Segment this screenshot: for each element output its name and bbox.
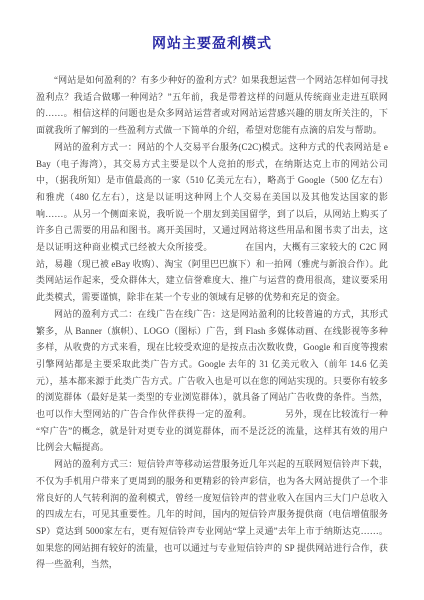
body-paragraph-intro: “网站是如何盈利的？有多少种好的盈利方式？如果我想运营一个网站怎样如何寻找盈利点… (36, 72, 388, 139)
body-paragraph-model-1-c2c: 网站的盈利方式一：网站的个人交易平台服务(C2C)模式。这种方式的代表网站是 e… (36, 139, 388, 306)
page-title: 网站主要盈利模式 (36, 33, 388, 53)
document-body: “网站是如何盈利的？有多少种好的盈利方式？如果我想运营一个网站怎样如何寻找盈利点… (36, 72, 388, 573)
body-paragraph-model-2-online-ads: 网站的盈利方式二：在线广告在线广告：这是网站盈利的比较普遍的方式，其形式繁多，从… (36, 306, 388, 456)
document-page: 网站主要盈利模式 “网站是如何盈利的？有多少种好的盈利方式？如果我想运营一个网站… (0, 0, 424, 600)
body-paragraph-model-3-sms-ringtones: 网站的盈利方式三：短信铃声等移动运营服务近几年兴起的互联网短信铃声下载，不仅为手… (36, 456, 388, 573)
